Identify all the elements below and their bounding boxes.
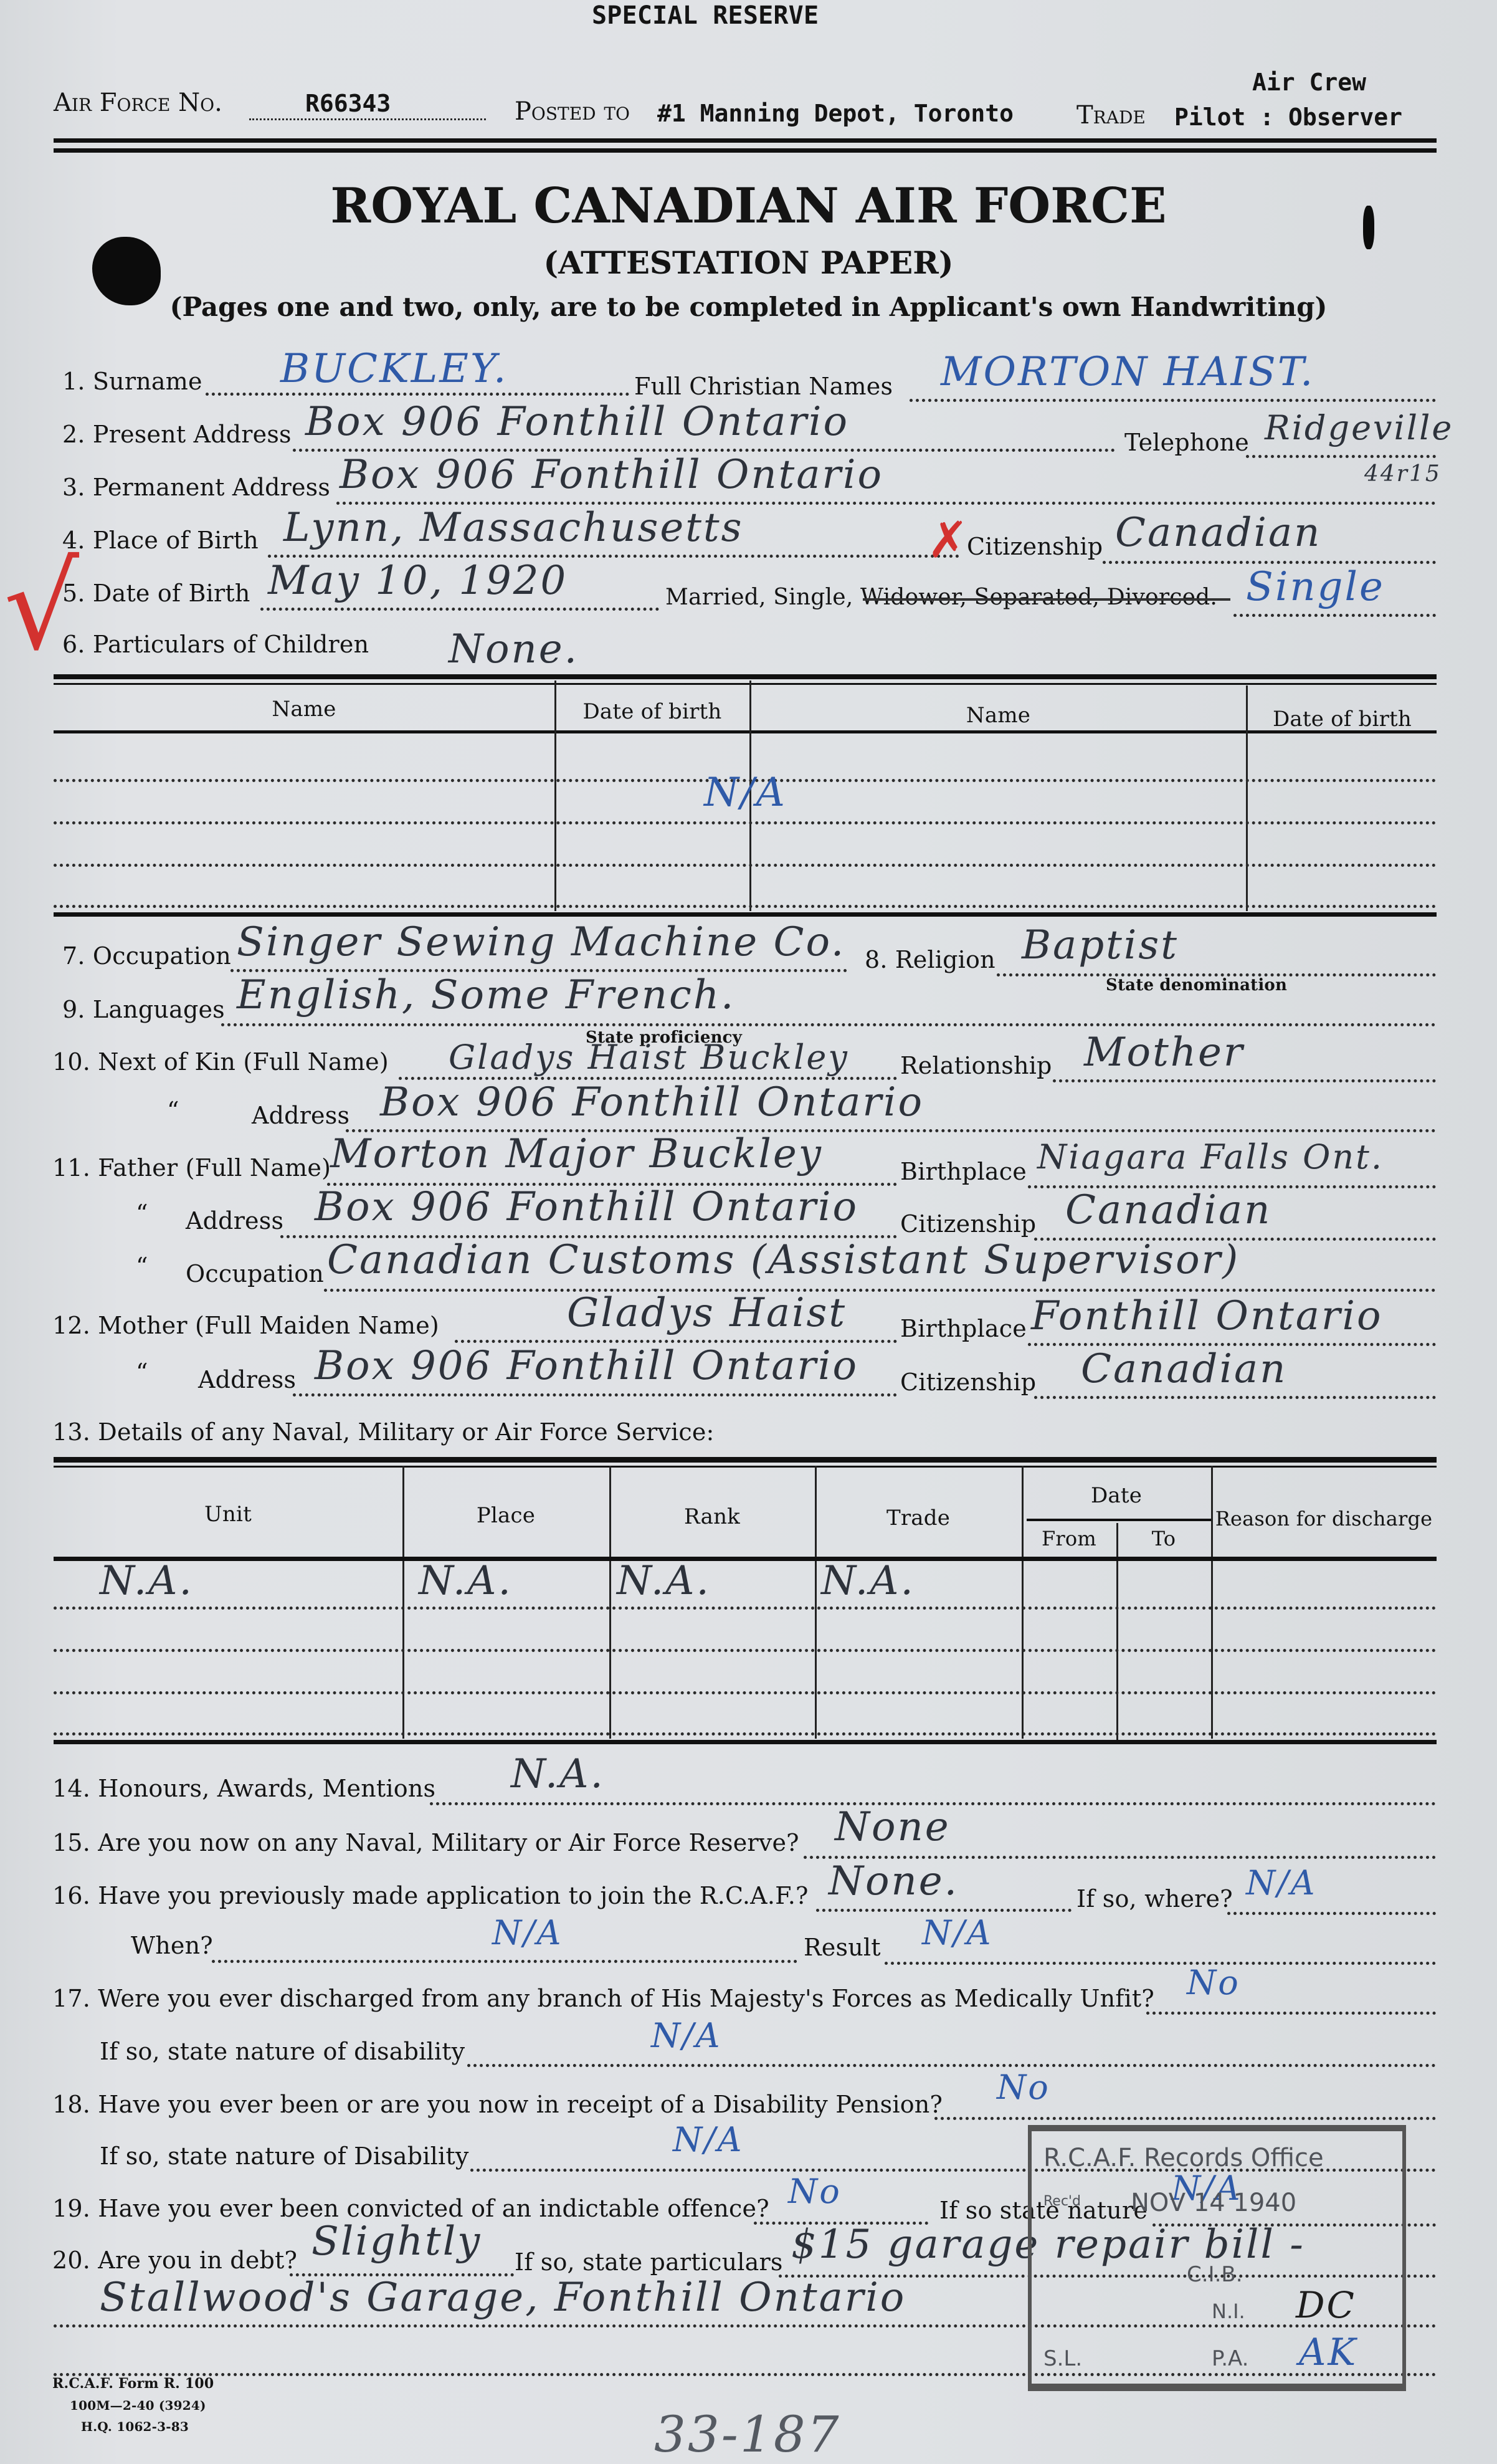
header-rule-2 [54,148,1437,153]
surname-label: 1. Surname [62,368,202,395]
stamp-pa: P.A. [1212,2346,1248,2371]
next-of-kin-label: 10. Next of Kin (Full Name) [52,1048,389,1076]
leader-dots [212,1960,797,1963]
table-row-line [54,821,1437,824]
debt-value[interactable]: Slightly [311,2218,482,2265]
table-rule [54,1466,1437,1468]
table-col-divider [554,680,556,911]
pension-disability-nature-value[interactable]: N/A [673,2120,743,2159]
hq-code: H.Q. 1062-3-83 [81,2419,189,2434]
table-rule [54,730,1437,733]
result-value[interactable]: N/A [922,1913,992,1952]
date-header-rule [1027,1519,1211,1521]
father-citizenship-label: Citizenship [900,1210,1036,1238]
reserve-question-value[interactable]: None [835,1804,951,1850]
father-name-value[interactable]: Morton Major Buckley [330,1131,823,1177]
mother-address-value[interactable]: Box 906 Fonthill Ontario [315,1343,858,1389]
strike-through [863,598,1230,601]
table-rule [54,674,1437,679]
if-so-where-label: If so, where? [1076,1885,1233,1912]
trade-value-line1: Air Crew [1252,69,1366,96]
leader-dots [816,1909,1072,1912]
stamp-ni-initials: DC [1296,2284,1356,2326]
form-instruction: (Pages one and two, only, are to be comp… [0,292,1497,322]
leader-dots [293,1393,897,1397]
leader-dots [1053,1079,1436,1082]
service-header-place: Place [402,1503,609,1528]
table-row-line [54,905,1437,908]
leader-dots [1227,1912,1436,1915]
permanent-address-label: 3. Permanent Address [62,474,330,501]
table-row-line [54,1607,1437,1610]
father-birthplace-value[interactable]: Niagara Falls Ont. [1037,1137,1384,1177]
next-of-kin-value[interactable]: Gladys Haist Buckley [449,1038,849,1077]
table-rule [54,1740,1437,1744]
mother-birthplace-value[interactable]: Fonthill Ontario [1031,1293,1383,1339]
table-rule [54,683,1437,685]
date-of-birth-value[interactable]: May 10, 1920 [268,558,568,604]
service-unit-value[interactable]: N.A. [100,1558,194,1604]
marital-status-label: Married, Single, Widower, Separated, Div… [665,585,1217,610]
red-x-mark: ✗ [927,511,969,569]
marital-status-value[interactable]: Single [1246,564,1385,610]
citizenship-value[interactable]: Canadian [1115,510,1321,556]
posted-to-label: Posted to [515,97,630,126]
air-force-no-value: R66343 [305,90,391,117]
debt-particulars-label: If so, state particulars [515,2248,783,2276]
father-address-label: Address [186,1207,283,1234]
ditto-mark: “ [136,1359,148,1386]
stamp-records-office: R.C.A.F. Records Office [1043,2144,1324,2172]
ditto-mark: “ [136,1253,148,1280]
religion-hint: State denomination [1106,976,1287,995]
service-place-value[interactable]: N.A. [419,1558,513,1604]
service-details-label: 13. Details of any Naval, Military or Ai… [52,1418,715,1446]
convicted-value[interactable]: No [788,2172,842,2211]
special-reserve-banner: SPECIAL RESERVE [592,1,819,30]
telephone-number[interactable]: 44r15 [1364,461,1442,487]
table-rule [54,912,1437,917]
service-rank-value[interactable]: N.A. [617,1558,711,1604]
service-trade-value[interactable]: N.A. [821,1558,915,1604]
previous-application-label: 16. Have you previously made application… [52,1882,809,1909]
father-address-value[interactable]: Box 906 Fonthill Ontario [315,1184,858,1230]
father-occupation-label: Occupation [186,1260,324,1287]
mother-birthplace-label: Birthplace [900,1315,1027,1342]
reserve-question-label: 15. Are you now on any Naval, Military o… [52,1829,799,1856]
service-header-from: From [1022,1527,1116,1550]
permanent-address-value[interactable]: Box 906 Fonthill Ontario [340,452,883,498]
leader-dots [1146,2012,1436,2015]
if-so-where-value[interactable]: N/A [1246,1863,1316,1903]
disability-nature-label: If so, state nature of disability [100,2038,465,2065]
children-label: 6. Particulars of Children [62,631,369,658]
pension-disability-nature-label: If so, state nature of Disability [100,2142,468,2170]
table-row-line [54,864,1437,867]
stamp-sl: S.L. [1043,2346,1082,2371]
leader-dots [934,2117,1436,2120]
honours-label: 14. Honours, Awards, Mentions [52,1775,435,1802]
occupation-label: 7. Occupation [62,942,231,970]
when-label: When? [131,1932,213,1959]
attestation-paper: SPECIAL RESERVE Air Force No. R66343 Pos… [0,0,1497,2464]
telephone-label: Telephone [1124,429,1249,456]
mother-name-label: 12. Mother (Full Maiden Name) [52,1312,439,1339]
service-header-date: Date [1022,1483,1211,1508]
stamp-pa-initials: AK [1299,2331,1357,2374]
relationship-label: Relationship [900,1052,1052,1079]
present-address-value[interactable]: Box 906 Fonthill Ontario [305,399,849,445]
christian-names-label: Full Christian Names [634,373,893,400]
father-occupation-value[interactable]: Canadian Customs (Assistant Supervisor) [327,1237,1240,1283]
table-col-divider [1116,1523,1118,1741]
leader-dots [467,2064,1436,2067]
table-rule [54,1457,1437,1463]
place-of-birth-value[interactable]: Lynn, Massachusetts [283,505,743,551]
medically-unfit-label: 17. Were you ever discharged from any br… [52,1985,1154,2012]
service-header-rank: Rank [609,1504,815,1529]
form-number: R.C.A.F. Form R. 100 [52,2376,214,2392]
leader-dots [260,608,659,611]
present-address-label: 2. Present Address [62,421,292,448]
children-header-dob-1: Date of birth [556,699,749,724]
header-rule-1 [54,138,1437,143]
children-header-name-2: Name [751,703,1246,728]
service-header-trade: Trade [815,1506,1022,1530]
posted-to-value: #1 Manning Depot, Toronto [657,100,1014,127]
languages-label: 9. Languages [62,996,225,1023]
father-citizenship-value[interactable]: Canadian [1065,1187,1271,1233]
form-subtitle: (ATTESTATION PAPER) [0,244,1497,281]
service-header-reason: Reason for discharge [1211,1507,1437,1530]
trade-value: Pilot : Observer [1174,103,1402,131]
previous-application-value[interactable]: None. [829,1858,959,1904]
form-title: ROYAL CANADIAN AIR FORCE [0,178,1497,234]
place-of-birth-label: 4. Place of Birth [62,527,259,554]
children-table-na[interactable]: N/A [704,770,787,816]
citizenship-label: Citizenship [967,533,1103,560]
date-of-birth-label: 5. Date of Birth [62,580,250,607]
leader-dots [206,393,629,396]
ditto-mark: “ [136,1200,148,1227]
next-of-kin-address-label: Address [252,1102,349,1129]
disability-pension-label: 18. Have you ever been or are you now in… [52,2091,943,2118]
languages-value[interactable]: English, Some French. [237,972,735,1018]
surname-value[interactable]: BUCKLEY. [280,346,508,392]
print-code: 100M—2-40 (3924) [70,2398,206,2413]
service-header-unit: Unit [54,1502,402,1527]
stamp-cib: C.I.B. [1187,2262,1243,2287]
leader-dots [910,399,1436,402]
mother-name-value[interactable]: Gladys Haist [567,1290,847,1336]
christian-names-value[interactable]: MORTON HAIST. [941,349,1314,395]
stamp-ni: N.I. [1212,2299,1245,2323]
table-row-line [54,1732,1437,1736]
mother-citizenship-value[interactable]: Canadian [1081,1346,1287,1392]
children-header-name-1: Name [54,697,554,722]
leader-dots [249,118,486,120]
leader-dots [1233,614,1436,617]
telephone-value[interactable]: Ridgeville [1265,408,1453,447]
air-force-no-label: Air Force No. [54,88,222,117]
disability-nature-value[interactable]: N/A [651,2016,721,2055]
leader-dots [1034,1396,1436,1399]
relationship-value[interactable]: Mother [1084,1029,1244,1076]
religion-label: 8. Religion [865,946,996,973]
file-number: 33-187 [654,2405,841,2463]
when-value[interactable]: N/A [492,1913,563,1952]
father-birthplace-label: Birthplace [900,1158,1027,1185]
table-row-line [54,1691,1437,1694]
debt-label: 20. Are you in debt? [52,2247,297,2274]
table-row-line [54,1649,1437,1652]
mother-address-label: Address [198,1366,296,1393]
leader-dots [885,1962,1436,1965]
service-header-to: To [1116,1527,1211,1550]
result-label: Result [804,1934,881,1961]
children-value[interactable]: None. [449,626,579,672]
religion-value[interactable]: Baptist [1022,922,1179,968]
ditto-mark: “ [167,1097,179,1124]
table-rule [54,1557,1437,1561]
debt-particulars-continued[interactable]: Stallwood's Garage, Fonthill Ontario [100,2275,906,2321]
stamp-received-date: NOV 14 1940 [1131,2189,1296,2217]
leader-dots [1246,455,1436,458]
punch-hole-small [1363,206,1374,249]
table-col-divider [1246,685,1248,911]
next-of-kin-address-value[interactable]: Box 906 Fonthill Ontario [380,1079,924,1125]
stamp-received-label: Rec'd [1043,2194,1081,2209]
occupation-value[interactable]: Singer Sewing Machine Co. [237,919,845,965]
children-header-dob-2: Date of birth [1248,707,1437,732]
leader-dots [221,1023,1436,1026]
disability-pension-value[interactable]: No [997,2068,1050,2107]
leader-dots [324,1289,1436,1292]
medically-unfit-value[interactable]: No [1187,1963,1240,2002]
honours-value[interactable]: N.A. [511,1751,605,1797]
father-name-label: 11. Father (Full Name) [52,1154,331,1182]
trade-label: Trade [1076,101,1146,130]
mother-citizenship-label: Citizenship [900,1368,1036,1396]
